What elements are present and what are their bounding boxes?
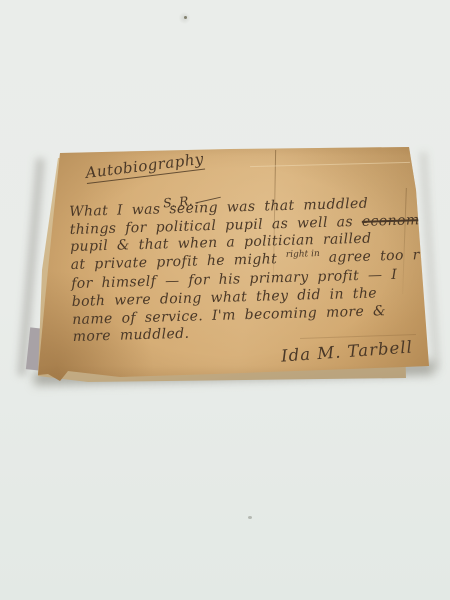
photo-backdrop: Autobiography S. R. What I was seeing wa…	[0, 0, 450, 600]
strikethrough-word: economic	[362, 211, 433, 229]
letter-paper: Autobiography S. R. What I was seeing wa…	[33, 142, 433, 382]
backdrop-speck-faint	[248, 516, 252, 519]
backdrop-speck	[184, 16, 187, 19]
inserted-word-above-line: right in	[286, 249, 320, 260]
letter-body: What I was seeing was that muddled thing…	[69, 194, 421, 346]
